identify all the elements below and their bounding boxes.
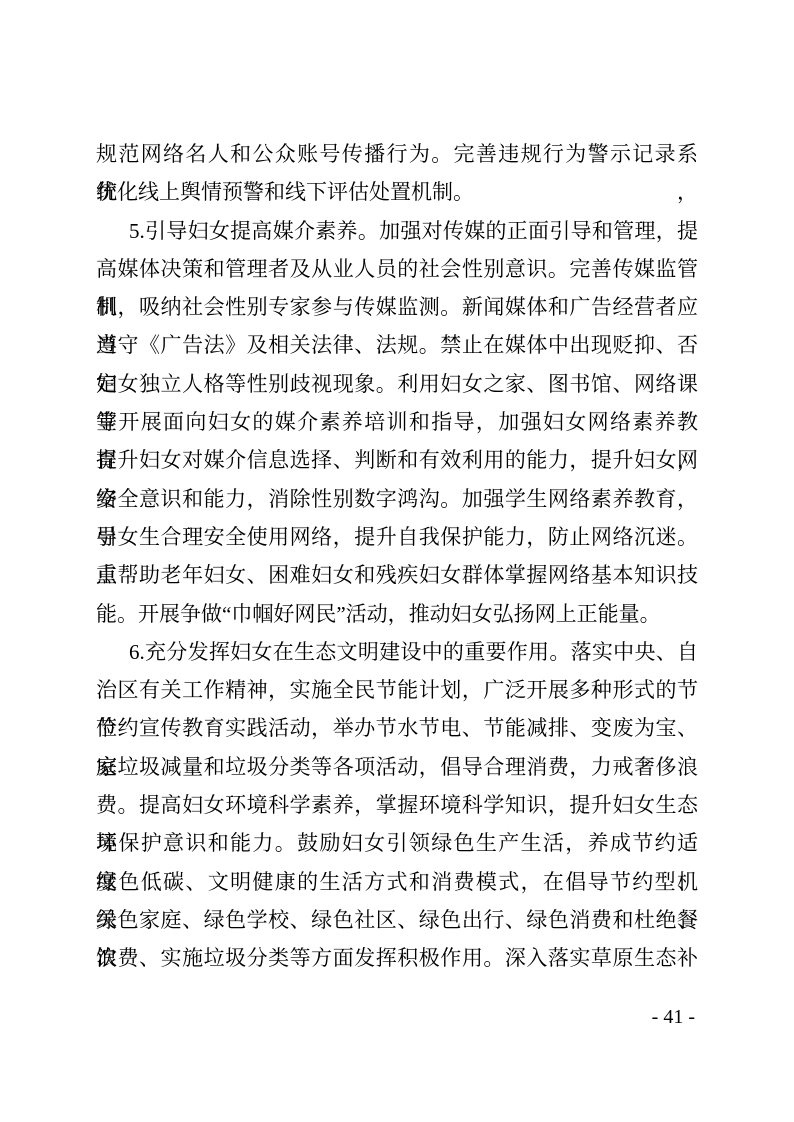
text-line: 绿色家庭、绿色学校、绿色社区、绿色出行、绿色消费和杜绝餐饮 [96,901,698,939]
text-line: 6.充分发挥妇女在生态文明建设中的重要作用。落实中央、自 [96,633,698,671]
document-body: 规范网络名人和公众账号传播行为。完善违规行为警示记录系统，优化线上舆情预警和线下… [96,135,698,978]
text-line: 治区有关工作精神，实施全民节能计划，广泛开展多种形式的节俭 [96,671,698,709]
page-number: - 41 - [652,1003,695,1031]
text-line: 等开展面向妇女的媒介素养培训和指导，加强妇女网络素养教育， [96,403,698,441]
text-line: 境保护意识和能力。鼓励妇女引领绿色生产生活，养成节约适度、 [96,824,698,862]
document-page: 规范网络名人和公众账号传播行为。完善违规行为警示记录系统，优化线上舆情预警和线下… [0,0,794,1122]
text-line: 绿色低碳、文明健康的生活方式和消费模式，在倡导节约型机关、 [96,863,698,901]
paragraph: 5.引导妇女提高媒介素养。加强对传媒的正面引导和管理，提高媒体决策和管理者及从业… [96,212,698,633]
text-line: 高媒体决策和管理者及从业人员的社会性别意识。完善传媒监管机 [96,250,698,288]
text-line: 妇女独立人格等性别歧视现象。利用妇女之家、图书馆、网络课堂 [96,365,698,403]
text-line: 制，吸纳社会性别专家参与传媒监测。新闻媒体和广告经营者应当 [96,288,698,326]
text-line: 节约宣传教育实践活动，举办节水节电、节能减排、变废为宝、家 [96,709,698,747]
text-line: 费。提高妇女环境科学素养，掌握环境科学知识，提升妇女生态环 [96,786,698,824]
text-line: 导女生合理安全使用网络，提升自我保护能力，防止网络沉迷。重 [96,518,698,556]
text-line: 庭垃圾减量和垃圾分类等各项活动，倡导合理消费，力戒奢侈浪 [96,748,698,786]
text-line: 提升妇女对媒介信息选择、判断和有效利用的能力，提升妇女网络 [96,441,698,479]
text-line: 规范网络名人和公众账号传播行为。完善违规行为警示记录系统， [96,135,698,173]
text-line: 点帮助老年妇女、困难妇女和残疾妇女群体掌握网络基本知识技 [96,556,698,594]
text-line: 遵守《广告法》及相关法律、法规。禁止在媒体中出现贬抑、否定 [96,326,698,364]
text-line: 5.引导妇女提高媒介素养。加强对传媒的正面引导和管理，提 [96,212,698,250]
paragraph: 规范网络名人和公众账号传播行为。完善违规行为警示记录系统，优化线上舆情预警和线下… [96,135,698,212]
paragraph: 6.充分发挥妇女在生态文明建设中的重要作用。落实中央、自治区有关工作精神，实施全… [96,633,698,978]
text-line: 能。开展争做“巾帼好网民”活动，推动妇女弘扬网上正能量。 [96,595,698,633]
text-line: 安全意识和能力，消除性别数字鸿沟。加强学生网络素养教育，引 [96,480,698,518]
text-line: 浪费、实施垃圾分类等方面发挥积极作用。深入落实草原生态补 [96,939,698,977]
